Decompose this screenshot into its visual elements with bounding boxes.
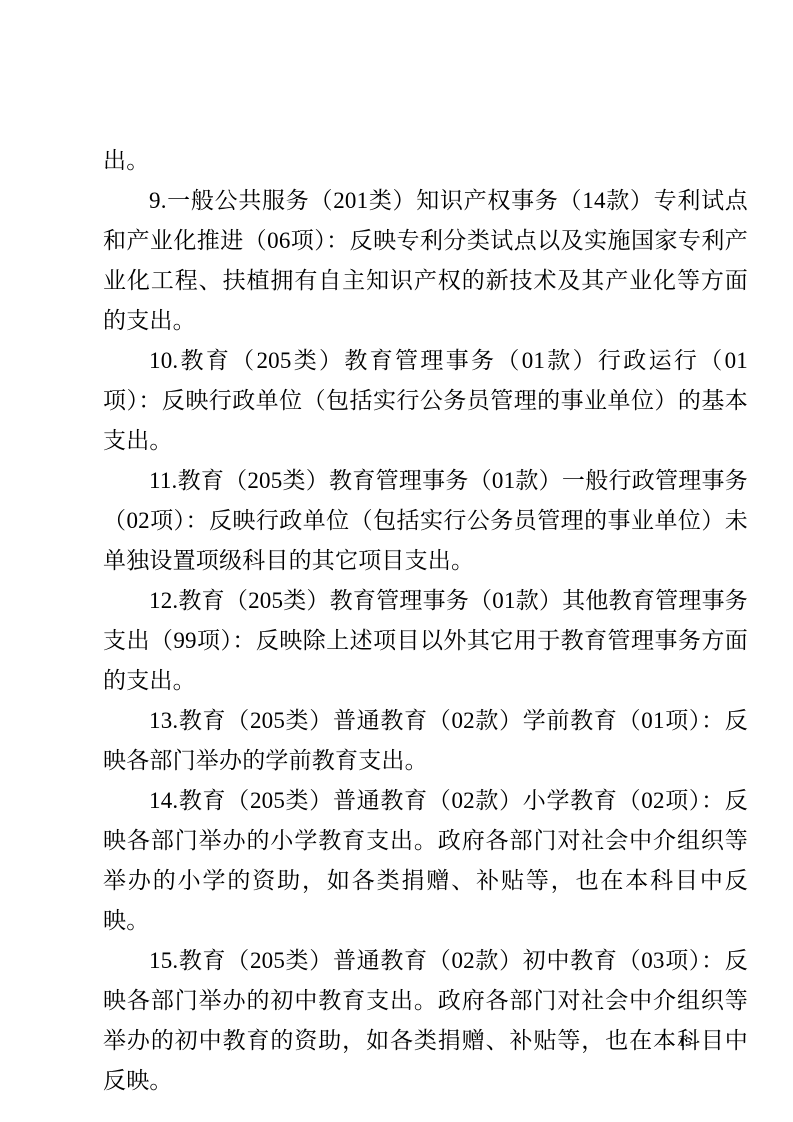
document-page: 出。 9.一般公共服务（201类）知识产权事务（14款）专利试点和产业化推进（0… <box>0 0 793 1122</box>
body-text: 出。 9.一般公共服务（201类）知识产权事务（14款）专利试点和产业化推进（0… <box>103 141 748 1101</box>
paragraph-continuation: 出。 <box>103 141 748 181</box>
paragraph-item-15: 15.教育（205类）普通教育（02款）初中教育（03项）：反映各部门举办的初中… <box>103 941 748 1101</box>
paragraph-item-12: 12.教育（205类）教育管理事务（01款）其他教育管理事务支出（99项）：反映… <box>103 581 748 701</box>
paragraph-item-14: 14.教育（205类）普通教育（02款）小学教育（02项）：反映各部门举办的小学… <box>103 781 748 941</box>
paragraph-item-13: 13.教育（205类）普通教育（02款）学前教育（01项）：反映各部门举办的学前… <box>103 701 748 781</box>
paragraph-item-10: 10.教育（205类）教育管理事务（01款）行政运行（01项）：反映行政单位（包… <box>103 341 748 461</box>
paragraph-item-9: 9.一般公共服务（201类）知识产权事务（14款）专利试点和产业化推进（06项）… <box>103 181 748 341</box>
page-number: 15 <box>660 1033 710 1051</box>
paragraph-item-11: 11.教育（205类）教育管理事务（01款）一般行政管理事务（02项）：反映行政… <box>103 461 748 581</box>
